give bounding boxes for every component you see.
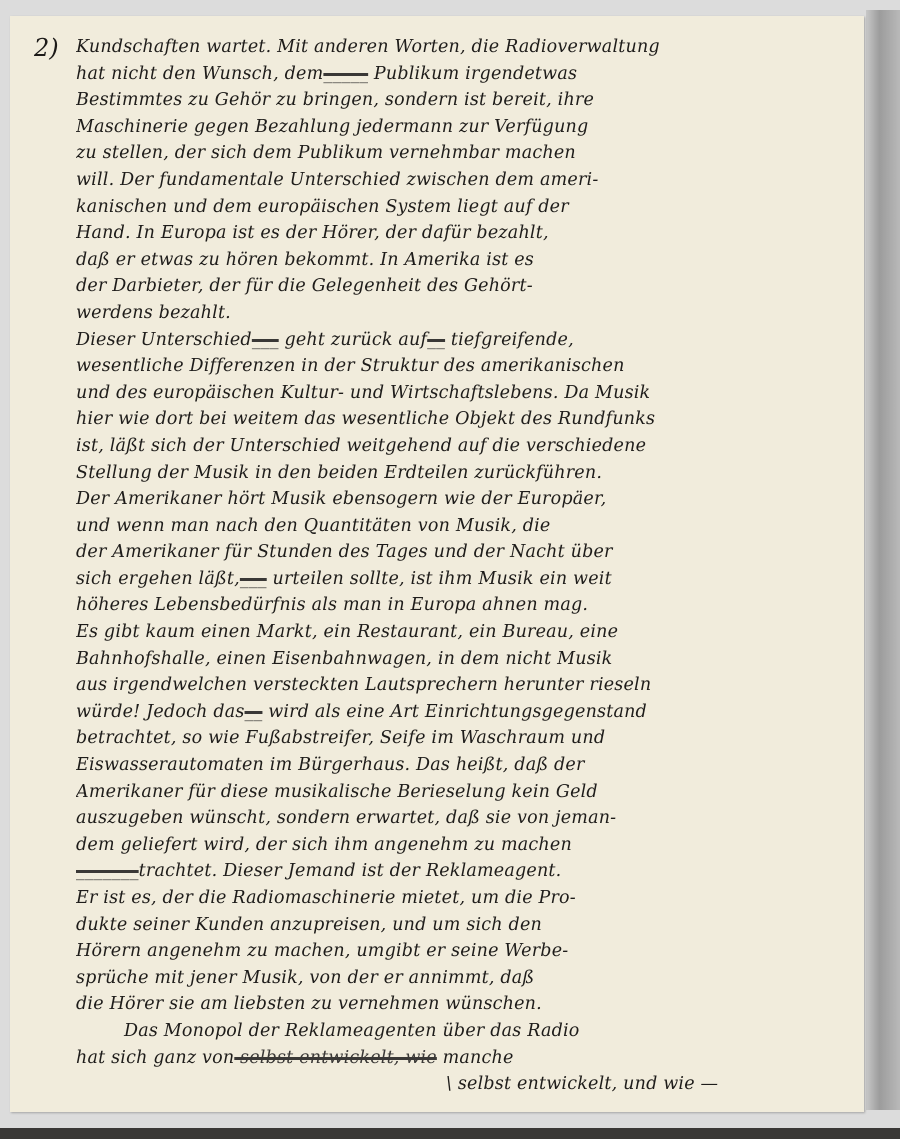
line-text: Kundschaften wartet. Mit anderen Worten,… <box>76 37 660 57</box>
struck-text: _______ <box>76 861 139 881</box>
line-text: Amerikaner für diese musikalische Beries… <box>76 782 598 802</box>
line-text: Dieser Unterschied <box>76 330 252 350</box>
line-text: Publikum irgendetwas <box>368 64 577 84</box>
line-text: Eiswasserautomaten im Bürgerhaus. Das he… <box>76 755 585 775</box>
manuscript-line: höheres Lebensbedürfnis als man in Europ… <box>76 592 856 619</box>
line-text: Hörern angenehm zu machen, umgibt er sei… <box>76 941 568 961</box>
manuscript-text: Kundschaften wartet. Mit anderen Worten,… <box>76 34 856 1098</box>
manuscript-line: sprüche mit jener Musik, von der er anni… <box>76 965 856 992</box>
line-text: hat sich ganz von <box>76 1048 234 1068</box>
line-text: der Amerikaner für Stunden des Tages und… <box>76 542 613 562</box>
manuscript-line: der Darbieter, der für die Gelegenheit d… <box>76 273 856 300</box>
struck-text: ___ <box>240 569 267 589</box>
line-text: Bahnhofshalle, einen Eisenbahnwagen, in … <box>76 649 612 669</box>
manuscript-line: Dieser Unterschied___ geht zurück auf__ … <box>76 327 856 354</box>
line-text: Maschinerie gegen Bezahlung jedermann zu… <box>76 117 588 137</box>
line-text: werdens bezahlt. <box>76 303 231 323</box>
manuscript-line: und des europäischen Kultur- und Wirtsch… <box>76 380 856 407</box>
line-text: betrachtet, so wie Fußabstreifer, Seife … <box>76 728 605 748</box>
line-text: urteilen sollte, ist ihm Musik ein weit <box>267 569 612 589</box>
line-text: \ selbst entwickelt, und wie — <box>446 1074 718 1094</box>
line-text: Das Monopol der Reklameagenten über das … <box>124 1021 580 1041</box>
line-text: auszugeben wünscht, sondern erwartet, da… <box>76 808 616 828</box>
background-shadow <box>866 10 900 1110</box>
struck-text: ___ <box>252 330 279 350</box>
manuscript-line: kanischen und dem europäischen System li… <box>76 194 856 221</box>
line-text: hier wie dort bei weitem das wesentliche… <box>76 409 655 429</box>
line-text: hat nicht den Wunsch, dem <box>76 64 323 84</box>
manuscript-line: Amerikaner für diese musikalische Beries… <box>76 779 856 806</box>
manuscript-line: Eiswasserautomaten im Bürgerhaus. Das he… <box>76 752 856 779</box>
manuscript-page: 2) Kundschaften wartet. Mit anderen Wort… <box>10 16 864 1112</box>
line-text: sprüche mit jener Musik, von der er anni… <box>76 968 534 988</box>
manuscript-line: Bahnhofshalle, einen Eisenbahnwagen, in … <box>76 646 856 673</box>
manuscript-line: _______trachtet. Dieser Jemand ist der R… <box>76 858 856 885</box>
manuscript-line: hat sich ganz von selbst entwickelt, wie… <box>76 1045 856 1072</box>
manuscript-line: auszugeben wünscht, sondern erwartet, da… <box>76 805 856 832</box>
manuscript-line: betrachtet, so wie Fußabstreifer, Seife … <box>76 725 856 752</box>
line-text: würde! Jedoch das <box>76 702 245 722</box>
manuscript-line: dukte seiner Kunden anzupreisen, und um … <box>76 912 856 939</box>
line-text: tiefgreifende, <box>445 330 574 350</box>
page-number: 2) <box>34 34 59 62</box>
line-text: der Darbieter, der für die Gelegenheit d… <box>76 276 533 296</box>
background-bottom-edge <box>0 1128 900 1139</box>
line-text: und des europäischen Kultur- und Wirtsch… <box>76 383 650 403</box>
manuscript-line: Stellung der Musik in den beiden Erdteil… <box>76 460 856 487</box>
manuscript-line: hier wie dort bei weitem das wesentliche… <box>76 406 856 433</box>
manuscript-line: der Amerikaner für Stunden des Tages und… <box>76 539 856 566</box>
manuscript-line: \ selbst entwickelt, und wie — <box>76 1071 856 1098</box>
struck-text: __ <box>245 702 263 722</box>
line-text: wird als eine Art Einrichtungsgegenstand <box>262 702 647 722</box>
manuscript-line: und wenn man nach den Quantitäten von Mu… <box>76 513 856 540</box>
manuscript-line: Hörern angenehm zu machen, umgibt er sei… <box>76 938 856 965</box>
manuscript-line: würde! Jedoch das__ wird als eine Art Ei… <box>76 699 856 726</box>
line-text: will. Der fundamentale Unterschied zwisc… <box>76 170 598 190</box>
struck-text: selbst entwickelt, wie <box>234 1048 437 1068</box>
line-text: geht zurück auf <box>279 330 427 350</box>
manuscript-line: Kundschaften wartet. Mit anderen Worten,… <box>76 34 856 61</box>
line-text: manche <box>437 1048 514 1068</box>
manuscript-line: sich ergehen läßt,___ urteilen sollte, i… <box>76 566 856 593</box>
line-text: zu stellen, der sich dem Publikum verneh… <box>76 143 576 163</box>
manuscript-line: aus irgendwelchen versteckten Lautsprech… <box>76 672 856 699</box>
line-text: dem geliefert wird, der sich ihm angeneh… <box>76 835 572 855</box>
line-text: ist, läßt sich der Unterschied weitgehen… <box>76 436 646 456</box>
line-text: daß er etwas zu hören bekommt. In Amerik… <box>76 250 534 270</box>
line-text: dukte seiner Kunden anzupreisen, und um … <box>76 915 542 935</box>
manuscript-line: die Hörer sie am liebsten zu vernehmen w… <box>76 991 856 1018</box>
manuscript-line: Der Amerikaner hört Musik ebensogern wie… <box>76 486 856 513</box>
line-text: und wenn man nach den Quantitäten von Mu… <box>76 516 551 536</box>
line-text: aus irgendwelchen versteckten Lautsprech… <box>76 675 651 695</box>
manuscript-line: dem geliefert wird, der sich ihm angeneh… <box>76 832 856 859</box>
manuscript-line: daß er etwas zu hören bekommt. In Amerik… <box>76 247 856 274</box>
line-text: kanischen und dem europäischen System li… <box>76 197 569 217</box>
line-text: höheres Lebensbedürfnis als man in Europ… <box>76 595 588 615</box>
manuscript-line: Bestimmtes zu Gehör zu bringen, sondern … <box>76 87 856 114</box>
line-text: Der Amerikaner hört Musik ebensogern wie… <box>76 489 606 509</box>
manuscript-line: ist, läßt sich der Unterschied weitgehen… <box>76 433 856 460</box>
manuscript-line: zu stellen, der sich dem Publikum verneh… <box>76 140 856 167</box>
manuscript-line: Es gibt kaum einen Markt, ein Restaurant… <box>76 619 856 646</box>
manuscript-line: will. Der fundamentale Unterschied zwisc… <box>76 167 856 194</box>
line-text: wesentliche Differenzen in der Struktur … <box>76 356 625 376</box>
line-text: trachtet. Dieser Jemand ist der Reklamea… <box>139 861 562 881</box>
line-text: sich ergehen läßt, <box>76 569 240 589</box>
line-text: Bestimmtes zu Gehör zu bringen, sondern … <box>76 90 594 110</box>
struck-text: _____ <box>323 64 368 84</box>
manuscript-line: werdens bezahlt. <box>76 300 856 327</box>
manuscript-line: wesentliche Differenzen in der Struktur … <box>76 353 856 380</box>
struck-text: __ <box>427 330 445 350</box>
manuscript-line: Maschinerie gegen Bezahlung jedermann zu… <box>76 114 856 141</box>
line-text: Es gibt kaum einen Markt, ein Restaurant… <box>76 622 618 642</box>
manuscript-line: hat nicht den Wunsch, dem_____ Publikum … <box>76 61 856 88</box>
line-text: Er ist es, der die Radiomaschinerie miet… <box>76 888 576 908</box>
line-text: Hand. In Europa ist es der Hörer, der da… <box>76 223 549 243</box>
line-text: die Hörer sie am liebsten zu vernehmen w… <box>76 994 542 1014</box>
manuscript-line: Er ist es, der die Radiomaschinerie miet… <box>76 885 856 912</box>
line-text: Stellung der Musik in den beiden Erdteil… <box>76 463 602 483</box>
manuscript-line: Das Monopol der Reklameagenten über das … <box>76 1018 856 1045</box>
manuscript-line: Hand. In Europa ist es der Hörer, der da… <box>76 220 856 247</box>
